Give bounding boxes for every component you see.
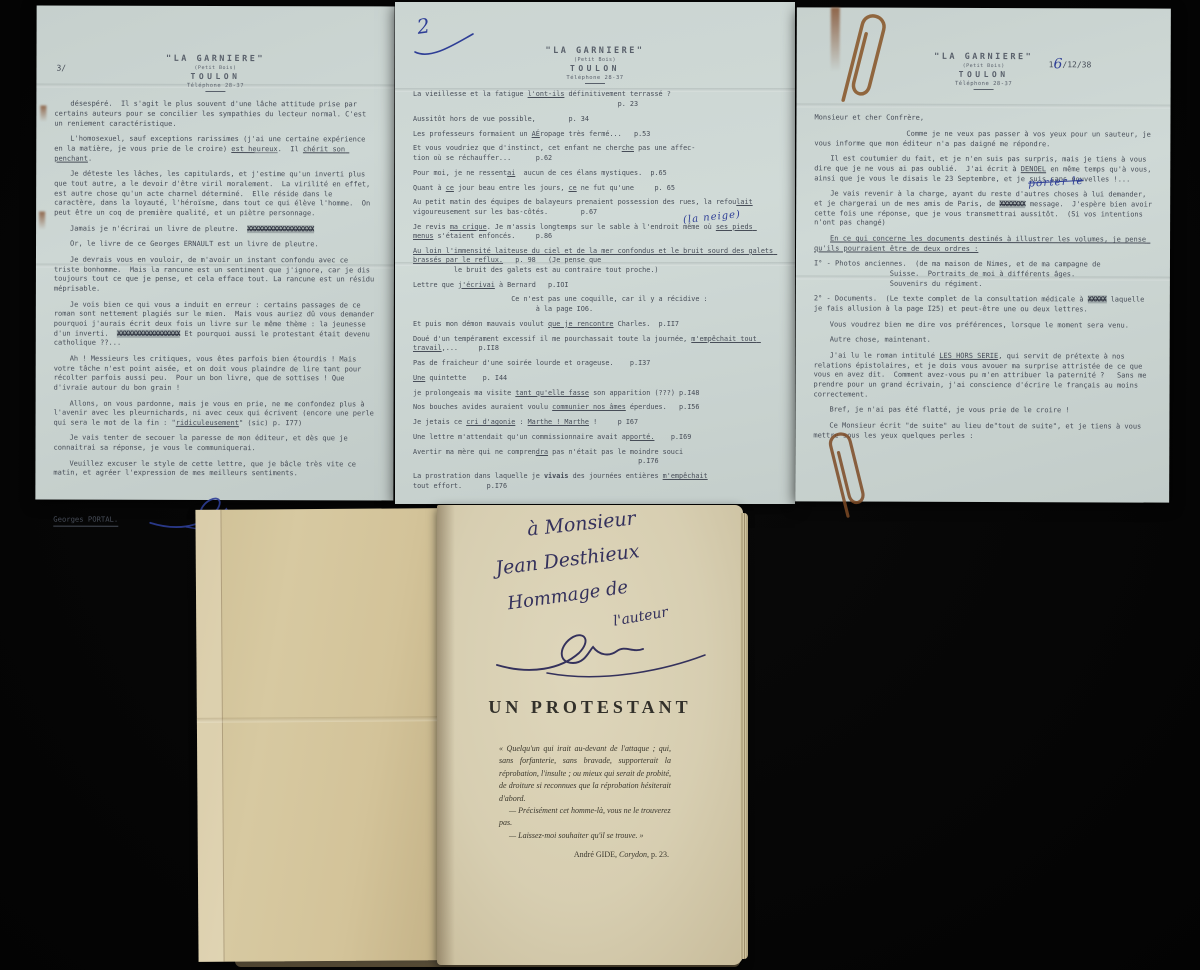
book-title-page: à Monsieur Jean Desthieux Hommage de l'a… [437,505,743,965]
typed-paragraph: Ce Monsieur écrit "de suite" au lieu de"… [813,421,1151,441]
typed-line: Lettre que j'écrivai à Bernard p.IOI [413,281,777,290]
dedication-line: Jean Desthieux [494,540,640,579]
typed-line: Une quintette p. I44 [413,374,777,383]
letter-body: La vieillesse et la fatigue l'ont-ils dé… [395,84,795,491]
typed-line: Au loin l'immensité laiteuse du ciel et … [413,247,777,275]
typed-line: La vieillesse et la fatigue l'ont-ils dé… [413,90,777,109]
typed-paragraph: Comme je ne veux pas passer à vos yeux p… [814,130,1152,150]
photo-of-documents: 3/ "LA GARNIERE" (Petit Bois) TOULON Tél… [0,0,1200,970]
letter-page-3: 3/ "LA GARNIERE" (Petit Bois) TOULON Tél… [35,6,394,501]
typed-paragraph: Je vais tenter de secouer la paresse de … [53,434,375,454]
epigraph-line: — Précisément cet homme-là, vous ne le t… [499,805,671,830]
letterhead-phone: Téléphone 28-37 [395,75,795,82]
letter-page-2: 2 "LA GARNIERE" (Petit Bois) TOULON Télé… [395,2,795,504]
typed-line: Je jetais ce cri d'agonie : Marthe ! Mar… [413,418,777,427]
typed-line: Et vous voudriez que d'instinct, cet enf… [413,144,777,163]
page-edge-stack [740,513,748,959]
sheet-fold-flap [195,510,224,962]
typed-line: Et puis mon démon mauvais voulut que je … [413,320,777,329]
letterhead-phone: Téléphone 28-37 [36,83,394,91]
epigraph-quote: « Quelqu'un qui irait au-devant de l'att… [499,743,671,862]
salutation: Monsieur et cher Confrère, [814,114,1152,125]
epigraph-attribution: André GIDE, Corydon, p. 23. [499,849,671,861]
typed-paragraph: Or, le livre de ce Georges ERNAULT est u… [54,240,376,250]
book-left-sheet [195,508,444,962]
typed-paragraph: Je déteste les lâches, les capitulards, … [54,170,376,219]
typed-paragraph: désespéré. Il s'agit le plus souvent d'u… [54,100,376,130]
typed-line: La prostration dans laquelle je vivais d… [413,472,777,491]
typed-paragraph: Je devrais vous en vouloir, de m'avoir u… [54,256,376,295]
letterhead-city: TOULON [395,64,795,75]
dedication-line: Hommage de [506,577,629,615]
typed-line: Une lettre m'attendait qu'un commissionn… [413,433,777,442]
typed-paragraph: Veuillez excuser le style de cette lettr… [53,459,375,479]
typed-line: Nos bouches avides auraient voulu commun… [413,403,777,412]
handwritten-dedication: à Monsieur Jean Desthieux Hommage de l'a… [465,507,721,692]
typed-date: 16/12/38 [1049,55,1092,71]
dedication-line: à Monsieur [526,507,637,540]
typed-list-item: 2° - Documents. (Le texte complet de la … [814,295,1152,315]
page-number-label: 3/ [56,64,66,73]
typed-paragraph: Il est coutumier du fait, et je n'en sui… [814,155,1152,185]
typed-paragraph: Autre chose, maintenant. [814,336,1152,347]
typed-paragraph: Je vais revenir à la charge, ayant du re… [814,190,1152,230]
typed-line: Quant à ce jour beau entre les jours, ce… [413,184,777,193]
typed-paragraph: Je vois bien ce qui vous a induit en err… [54,300,376,349]
rust-stain [39,212,45,230]
typed-line: Doué d'un tempérament excessif il me pou… [413,335,777,354]
typed-paragraph: J'ai lu le roman intitulé LES HORS SERIE… [813,351,1151,400]
typed-paragraph: Bref, je n'ai pas été flatté, je vous pr… [813,406,1151,417]
epigraph-line: « Quelqu'un qui irait au-devant de l'att… [499,743,671,805]
typed-paragraph: Jamais je n'écrirai un livre de pleutre.… [54,224,376,234]
rust-stain [40,106,46,122]
typed-line: Aussitôt hors de vue possible, p. 34 [413,115,777,124]
open-book: à Monsieur Jean Desthieux Hommage de l'a… [195,503,748,967]
typed-list-item: I° - Photos anciennes. (de ma maison de … [814,260,1152,290]
handwritten-date-digit: 6 [1053,56,1062,72]
handwritten-flourish [413,32,477,58]
typed-line: Pas de fraicheur d'une soirée lourde et … [413,359,777,368]
typed-paragraph: En ce qui concerne les documents destiné… [814,234,1152,254]
letter-dated-16-12-38: "LA GARNIERE" (Petit Bois) TOULON Téléph… [795,7,1171,502]
typed-line: Je revis ma crique. Je m'assis longtemps… [413,223,777,242]
typed-line: je prolongeais ma visite tant qu'elle fa… [413,389,777,398]
letterhead-place: (Petit Bois) [395,57,795,64]
letter-body: désespéré. Il s'agit le plus souvent d'u… [35,92,394,528]
signoff-name: Georges PORTAL. [53,515,118,527]
typed-line: Les professeurs formaient un AÉropage tr… [413,130,777,139]
dedication-signature [491,623,721,693]
typed-line: Avertir ma mère qui ne comprendra pas n'… [413,448,777,467]
letterhead: "LA GARNIERE" (Petit Bois) TOULON Téléph… [36,54,394,93]
typed-paragraph: Vous voudrez bien me dire vos préférence… [814,320,1152,331]
typed-line: Ce n'est pas une coquille, car il y a ré… [413,295,777,314]
letter-body: Monsieur et cher Confrère, Comme je ne v… [795,90,1170,442]
book-gutter-shadow [437,505,455,965]
typed-line: Pour moi, je ne ressentai aucun de ces é… [413,169,777,178]
book-title: UN PROTESTANT [437,697,743,718]
epigraph-line: — Laissez-moi souhaiter qu'il se trouve.… [499,830,671,842]
fold-crease [197,716,443,723]
letterhead-name: "LA GARNIERE" [36,54,394,66]
typed-paragraph: Allons, on vous pardonne, mais je vous e… [54,399,376,429]
typed-paragraph: Ah ! Messieurs les critiques, vous êtes … [54,354,376,393]
typed-paragraph: L'homosexuel, sauf exceptions rarissimes… [54,135,376,165]
